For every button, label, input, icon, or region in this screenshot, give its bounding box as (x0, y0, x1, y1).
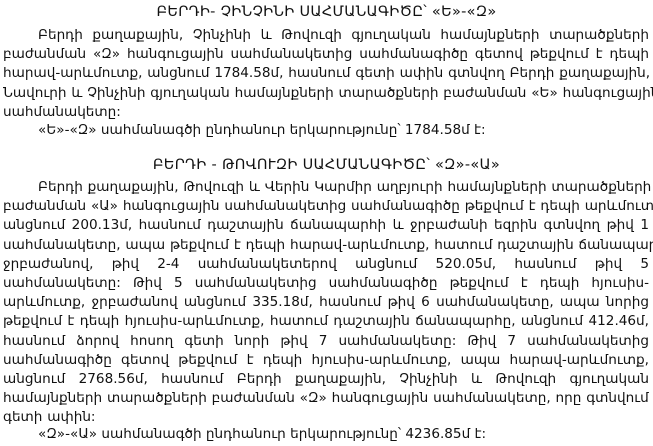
paragraph-line: համայնքների տարածքների բաժանման «Զ» հանգ… (3, 389, 649, 408)
section2-summary: «Զ»-«Ա» սահմանագծի ընդհանուր երկարությու… (38, 426, 486, 442)
paragraph-line: ջրբաժանով, թիվ 2-4 սահմանակետերով անցնու… (3, 255, 649, 274)
paragraph-line: սահմանակետը, ապա թեքվում է դեպի հարավ-ար… (3, 236, 649, 255)
section2-paragraph: Բերդի քաղաքային, Թովուզի և Վերին Կարմիր … (3, 178, 649, 427)
section2-title: ԲԵՐԴԻ - ԹՈՎՈՒԶԻ ՍԱՀՄԱՆԱԳԻԾԸ՝ «Զ»-«Ա» (0, 157, 653, 173)
paragraph-line: բաժանման «Ա» հանգուցային սահմանակետից սա… (3, 197, 649, 216)
section1-title: ԲԵՐԴԻ- ՉԻՆՉԻՆԻ ՍԱՀՄԱՆԱԳԻԾԸ՝ «Ե»-«Զ» (0, 4, 653, 20)
paragraph-line: անցնում 200.13մ, հասնում դաշտային ճանապա… (3, 216, 649, 235)
paragraph-line: սահմանակետը: Թիվ 5 սահմանակետից սահմանագ… (3, 274, 649, 293)
section1-summary: «Ե»-«Զ» սահմանագծի ընդհանուր երկարությու… (38, 122, 486, 138)
document-page: ԲԵՐԴԻ- ՉԻՆՉԻՆԻ ՍԱՀՄԱՆԱԳԻԾԸ՝ «Ե»-«Զ» Բերդ… (0, 0, 653, 446)
paragraph-line: Նավուրի և Չինչինի գյուղական համայնքների … (3, 84, 649, 103)
paragraph-line: բաժանման «Զ» հանգուցային սահմանակետից սա… (3, 45, 649, 64)
paragraph-line: Բերդի քաղաքային, Չինչինի և Թովուզի գյուղ… (3, 26, 649, 45)
paragraph-line: հասնում ձորով հոսող գետի նորի թիվ 7 սահմ… (3, 332, 649, 351)
section1-paragraph: Բերդի քաղաքային, Չինչինի և Թովուզի գյուղ… (3, 26, 649, 122)
paragraph-line: գետի ափին: (3, 408, 649, 427)
paragraph-line: անցնում 2768.56մ, հասնում Բերդի քաղաքայի… (3, 370, 649, 389)
paragraph-line: Բերդի քաղաքային, Թովուզի և Վերին Կարմիր … (3, 178, 649, 197)
paragraph-line: սահմանակետը: (3, 103, 649, 122)
paragraph-line: արևմուտք, ջրբաժանով անցնում 335.18մ, հաս… (3, 293, 649, 312)
paragraph-line: հարավ-արևմուտք, անցնում 1784.58մ, հասնու… (3, 64, 649, 83)
paragraph-line: թեքվում է դեպի հյուսիս-արևմուտք, հատում … (3, 312, 649, 331)
paragraph-line: սահմանագիծը գետով թեքվում է դեպի հյուսիս… (3, 351, 649, 370)
